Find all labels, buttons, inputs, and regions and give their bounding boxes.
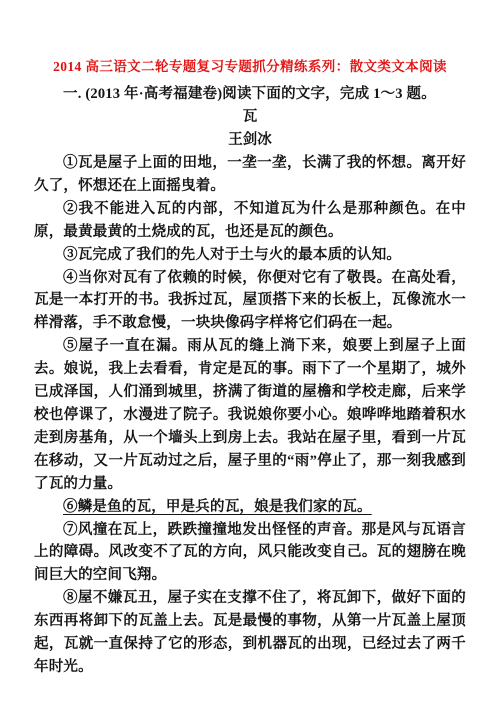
document-title: 2014 高三语文二轮专题复习专题抓分精练系列：散文类文本阅读	[34, 57, 466, 76]
paragraph-7: ⑦风撞在瓦上，跌跌撞撞地发出怪怪的声音。那是风与瓦语言上的障碍。风改变不了瓦的方…	[34, 519, 466, 588]
document-page: 2014 高三语文二轮专题复习专题抓分精练系列：散文类文本阅读 一. (2013…	[0, 0, 500, 707]
paragraph-4: ④当你对瓦有了依赖的时候，你便对它有了敬畏。在高处看，瓦是一本打开的书。我拆过瓦…	[34, 267, 466, 336]
paragraph-6-underlined: ⑥鳞是鱼的瓦，甲是兵的瓦，娘是我们家的瓦。	[34, 496, 466, 519]
essay-author: 王剑冰	[34, 129, 466, 152]
paragraph-2: ②我不能进入瓦的内部，不知道瓦为什么是那种颜色。在中原，最黄最黄的土烧成的瓦，也…	[34, 198, 466, 244]
paragraph-5: ⑤屋子一直在漏。雨从瓦的缝上淌下来，娘要上到屋子上面去。娘说，我上去看看，肯定是…	[34, 335, 466, 495]
paragraph-8: ⑧屋不嫌瓦丑，屋子实在支撑不住了，将瓦卸下，做好下面的东西再将卸下的瓦盖上去。瓦…	[34, 587, 466, 679]
essay-title: 瓦	[34, 106, 466, 129]
section-heading: 一. (2013 年·高考福建卷)阅读下面的文字，完成 1～3 题。	[34, 83, 466, 106]
paragraph-1: ①瓦是屋子上面的田地，一垄一垄，长满了我的怀想。离开好久了，怀想还在上面摇曳着。	[34, 152, 466, 198]
paragraph-3: ③瓦完成了我们的先人对于土与火的最本质的认知。	[34, 244, 466, 267]
essay-body: ①瓦是屋子上面的田地，一垄一垄，长满了我的怀想。离开好久了，怀想还在上面摇曳着。…	[34, 152, 466, 679]
